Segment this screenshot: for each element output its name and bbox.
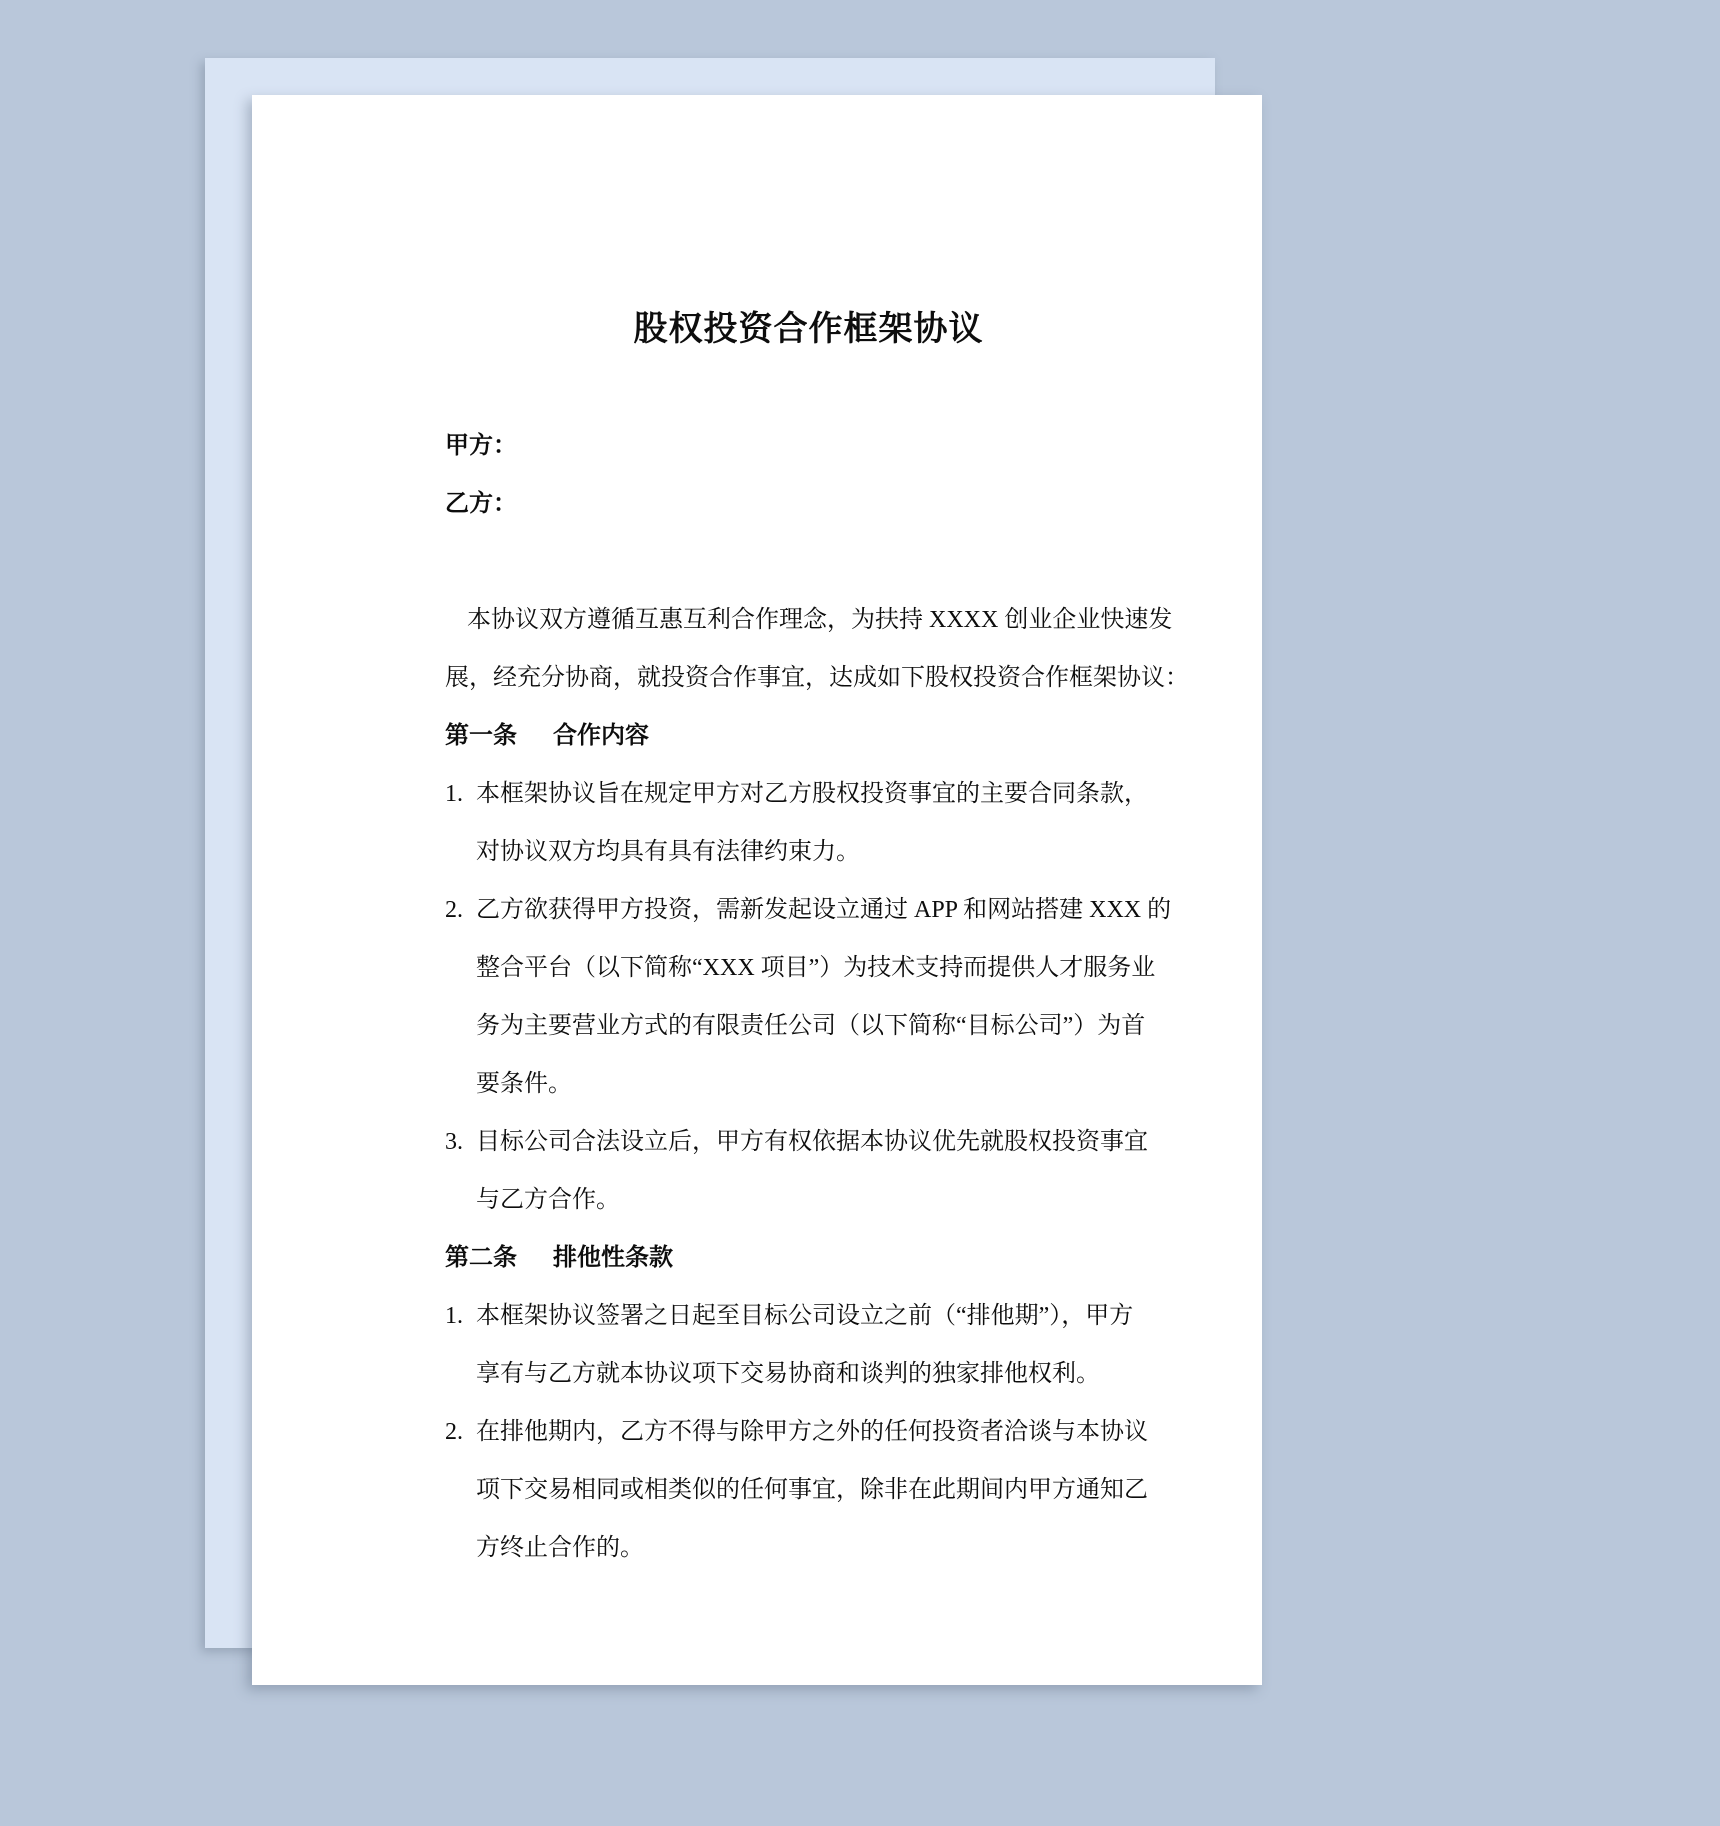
document-page: 股权投资合作框架协议 甲方： 乙方： 本协议双方遵循互惠互利合作理念，为扶持 X… xyxy=(252,95,1262,1685)
list-item-number: 1. xyxy=(445,1287,463,1345)
party-b-label: 乙方： xyxy=(445,475,1172,533)
intro-paragraph: 本协议双方遵循互惠互利合作理念，为扶持 XXXX 创业企业快速发 展，经充分协商… xyxy=(445,591,1172,707)
blank-line xyxy=(445,359,1172,417)
section-2-number: 第二条 xyxy=(445,1245,517,1271)
list-item-number: 2. xyxy=(445,881,463,939)
list-item: 1. 本框架协议旨在规定甲方对乙方股权投资事宜的主要合同条款， 对协议双方均具有… xyxy=(445,765,1172,881)
blank-line xyxy=(445,533,1172,591)
list-item-number: 2. xyxy=(445,1403,463,1461)
section-2-title: 排他性条款 xyxy=(553,1245,673,1271)
desktop-background: 股权投资合作框架协议 甲方： 乙方： 本协议双方遵循互惠互利合作理念，为扶持 X… xyxy=(0,0,1720,1826)
list-item-line: 方终止合作的。 xyxy=(476,1519,1172,1577)
list-item: 2. 乙方欲获得甲方投资，需新发起设立通过 APP 和网站搭建 XXX 的 整合… xyxy=(445,881,1172,1113)
list-item-line: 项下交易相同或相类似的任何事宜，除非在此期间内甲方通知乙 xyxy=(476,1461,1172,1519)
list-item: 1. 本框架协议签署之日起至目标公司设立之前（“排他期”），甲方 享有与乙方就本… xyxy=(445,1287,1172,1403)
list-item-line: 乙方欲获得甲方投资，需新发起设立通过 APP 和网站搭建 XXX 的 xyxy=(476,881,1172,939)
list-item-number: 1. xyxy=(445,765,463,823)
list-item-number: 3. xyxy=(445,1113,463,1171)
list-item: 2. 在排他期内，乙方不得与除甲方之外的任何投资者洽谈与本协议 项下交易相同或相… xyxy=(445,1403,1172,1577)
list-item-line: 要条件。 xyxy=(476,1055,1172,1113)
list-item-line: 对协议双方均具有具有法律约束力。 xyxy=(476,823,1172,881)
list-item-line: 本框架协议旨在规定甲方对乙方股权投资事宜的主要合同条款， xyxy=(476,765,1172,823)
list-item-line: 务为主要营业方式的有限责任公司（以下简称“目标公司”）为首 xyxy=(476,997,1172,1055)
list-item-line: 享有与乙方就本协议项下交易协商和谈判的独家排他权利。 xyxy=(476,1345,1172,1403)
section-1-number: 第一条 xyxy=(445,723,517,749)
intro-line: 本协议双方遵循互惠互利合作理念，为扶持 XXXX 创业企业快速发 xyxy=(445,591,1172,649)
list-item: 3. 目标公司合法设立后，甲方有权依据本协议优先就股权投资事宜 与乙方合作。 xyxy=(445,1113,1172,1229)
document-title: 股权投资合作框架协议 xyxy=(445,301,1172,359)
list-item-line: 本框架协议签署之日起至目标公司设立之前（“排他期”），甲方 xyxy=(476,1287,1172,1345)
section-2-heading: 第二条排他性条款 xyxy=(445,1229,1172,1287)
list-item-line: 整合平台（以下简称“XXX 项目”）为技术支持而提供人才服务业 xyxy=(476,939,1172,997)
section-1-title: 合作内容 xyxy=(553,723,649,749)
party-a-label: 甲方： xyxy=(445,417,1172,475)
document-content: 股权投资合作框架协议 甲方： 乙方： 本协议双方遵循互惠互利合作理念，为扶持 X… xyxy=(252,95,1262,1577)
section-1-heading: 第一条合作内容 xyxy=(445,707,1172,765)
list-item-line: 在排他期内，乙方不得与除甲方之外的任何投资者洽谈与本协议 xyxy=(476,1403,1172,1461)
intro-line: 展，经充分协商，就投资合作事宜，达成如下股权投资合作框架协议： xyxy=(445,649,1172,707)
list-item-line: 与乙方合作。 xyxy=(476,1171,1172,1229)
list-item-line: 目标公司合法设立后，甲方有权依据本协议优先就股权投资事宜 xyxy=(476,1113,1172,1171)
